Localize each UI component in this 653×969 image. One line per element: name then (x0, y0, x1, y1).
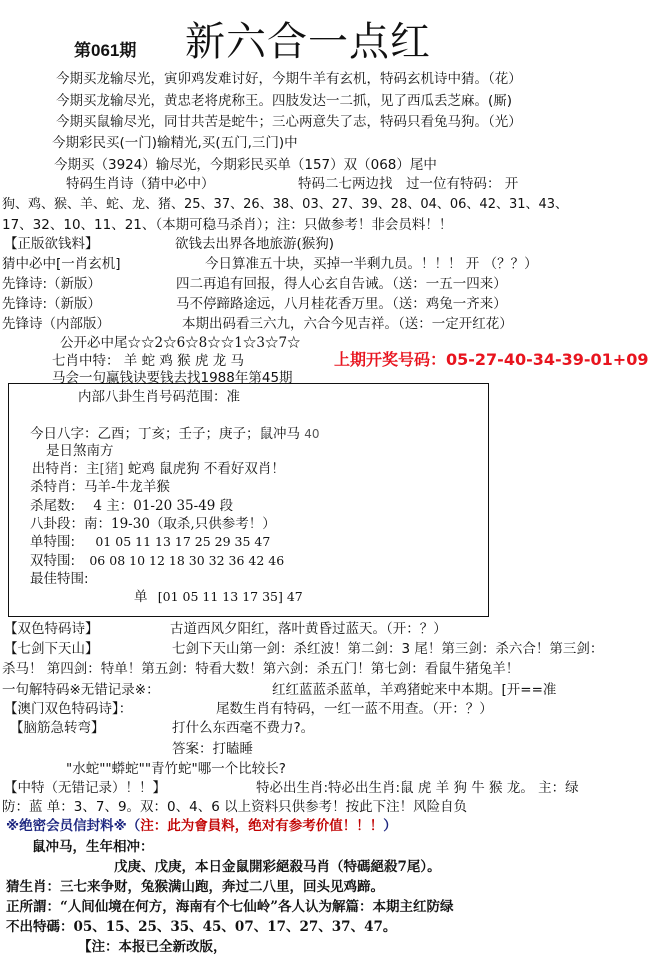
lower-label: 【双色特码诗】 (4, 620, 99, 638)
member-note: 注：此为會員料，绝对有参考价值！！！ (140, 818, 383, 834)
bazi-line: 今日八字：乙酉；丁亥；壬子；庚子；鼠冲马 40 (30, 425, 320, 443)
lower-text: 答案：打瞌睡 (172, 740, 253, 758)
lower-text: 防：蓝 单：3、7、9。双：0、4、6 以上资料只供参考！按此下注！风险自负 (2, 798, 467, 816)
lower-text: 古道西风夕阳红，落叶黄昏过蓝天。（开：？） (170, 620, 447, 638)
sha-te-line: 杀特肖：马羊-牛龙羊猴 (30, 478, 170, 496)
lower-text: 红红蓝蓝杀蓝单，羊鸡猪蛇来中本期。[开==准 (272, 681, 556, 699)
lower-label: 一句解特码※无错记录※： (2, 681, 160, 699)
bagua-line: 八卦段：南：19-30（取杀,只供参考！） (30, 515, 276, 533)
special-right: 特码二七两边找 过一位有特码： 开 (298, 175, 518, 193)
chu-te-main: [猪] (100, 461, 124, 477)
shuang-value: 06 08 10 12 18 30 32 36 42 46 (89, 553, 284, 568)
lower-label: 【中特（无错记录）！！】 (4, 779, 166, 797)
member-close: ） (383, 818, 397, 834)
section-label: 猜中必中[一肖玄机] (2, 255, 121, 273)
sha-wei-value: 4 主：01-20 35-49 段 (93, 498, 233, 514)
rat-horse: 鼠冲马，生年相冲： (32, 838, 154, 856)
bazi-text: 今日八字：乙酉；丁亥；壬子；庚子；鼠冲马 (30, 426, 300, 442)
bagua-label: 八卦段：南： (30, 516, 111, 532)
chu-te-rest: 蛇鸡 鼠虎狗 不看好双肖！ (124, 461, 285, 477)
poem-line: 今期买鼠输尽光，同甘共苦是蛇牛；三心两意失了志，特码只看兔马狗。（光） (56, 113, 522, 131)
dan-line: 单特围: 01 05 11 13 17 25 29 35 47 (30, 533, 270, 551)
section-text: 马不停蹄路途远，八月桂花香万里。（送：鸡兔一齐来） (176, 295, 507, 313)
member-title-line: ※绝密会员信封料※（注：此为會員料，绝对有参考价值！！！） (6, 817, 397, 835)
bagua-heading: 内部八卦生肖号码范围：准 (78, 388, 240, 406)
best-line: 单 [01 05 11 13 17 35] 47 (134, 588, 303, 606)
seven-zodiac: 七肖中特： 羊 蛇 鸡 猴 虎 龙 马 (52, 352, 244, 370)
section-label: 先锋诗（内部版） (2, 315, 110, 333)
special-numbers-2: 17、32、10、11、21、（本期可稳马杀肖）；注：只做参考！非会员料！！ (2, 216, 452, 234)
bagua-value: 19-30（取杀,只供参考！） (111, 516, 276, 532)
saying: 正所謂：“人间仙境在何方，海南有个七仙岭”各人认为解篇：本期主红防绿 (6, 898, 454, 916)
dan-value: 01 05 11 13 17 25 29 35 47 (95, 534, 270, 549)
section-label: 先锋诗:（新版） (2, 275, 101, 293)
lower-label: 【七剑下天山】 (4, 640, 99, 658)
member-title: ※绝密会员信封料※（ (6, 818, 140, 834)
bazi-number: 40 (304, 427, 319, 441)
section-label: 先锋诗:（新版） (2, 295, 101, 313)
geng-line: 戊庚、戊庚，本日金鼠開彩絕殺马肖（特碼絕殺7尾）。 (114, 858, 441, 876)
section-text: 本期出码看三六九，六合今见吉祥。（送：一定开红花） (182, 315, 513, 333)
best-prefix: 单 (134, 589, 148, 605)
best-value: [01 05 11 13 17 35] 47 (158, 589, 303, 604)
lower-text: 杀马！ 第四剑：特单！第五剑：特看大数！第六剑：杀五门！第七剑：看鼠牛猪兔羊！ (2, 660, 519, 678)
issue-number: 第061期 (74, 36, 136, 61)
chu-te-label: 出特肖：主 (32, 461, 100, 477)
lower-text: "水蛇""蟒蛇""青竹蛇"哪一个比较长? (66, 760, 286, 778)
section-label: 【正版欲钱料】 (4, 235, 99, 253)
tail-stars: 公开必中尾☆☆2☆6☆8☆☆1☆3☆7☆ (60, 334, 301, 352)
poem-line: 今期买（3924）输尽光，今期彩民买单（157）双（068）尾中 (54, 156, 437, 174)
lower-text: 打什么东西毫不费力?。 (172, 719, 314, 737)
special-numbers-1: 狗、鸡、猴、羊、蛇、龙、猪、25、37、26、38、03、27、39、28、04… (2, 196, 568, 214)
last-draw-result: 上期开奖号码：05-27-40-34-39-01+09 (334, 351, 648, 369)
not-out: 不出特碼：05、15、25、35、45、07、17、27、37、47。 (6, 918, 396, 936)
best-label: 最佳特围: (30, 570, 89, 588)
dan-label: 单特围: (30, 534, 75, 550)
lower-text: 尾数生肖有特码，一红一蓝不用查。（开：？） (216, 700, 493, 718)
shuang-label: 双特围: (30, 553, 75, 569)
sha-wei-line: 杀尾数: 4 主：01-20 35-49 段 (30, 497, 233, 515)
section-text: 今日算准五十块，买掉一半剩九员。！！！ 开 （？？） (205, 255, 538, 273)
lower-label: 【脑筋急转弯】 (10, 719, 105, 737)
poem-line: 今期买龙输尽光，寅卯鸡发难讨好，今期牛羊有玄机，特码玄机诗中猜。（花） (56, 70, 522, 88)
lower-text: 特必出生肖:特必出生肖:鼠 虎 羊 狗 牛 猴 龙。 主：绿 (256, 779, 579, 797)
guess-zodiac: 猜生肖：三七来争财，兔猴满山跑，奔过二八里，回头见鸡蹄。 (6, 878, 384, 896)
chu-te-line: 出特肖：主[猪] 蛇鸡 鼠虎狗 不看好双肖！ (32, 460, 285, 478)
sha-direction: 是日煞南方 (46, 442, 114, 460)
lower-text: 七剑下天山第一剑：杀红波！第二剑：3 尾！第三剑：杀六合！第三剑： (172, 640, 603, 658)
sha-wei-label: 杀尾数: (30, 498, 75, 514)
section-text: 四二再追有回报，得人心玄自告诫。（送：一五一四来） (176, 275, 507, 293)
lower-label: 【澳门双色特码诗】： (4, 700, 132, 718)
footer-note: 【注：本报已全新改版， (78, 938, 227, 956)
section-text: 欲钱去出界各地旅游(猴狗) (175, 235, 334, 253)
special-left: 特码生肖诗（猜中必中） (66, 175, 215, 193)
page-title: 新六合一点红 (185, 18, 431, 66)
shuang-line: 双特围: 06 08 10 12 18 30 32 36 42 46 (30, 552, 284, 570)
poem-line: 今期买龙输尽光，黄忠老将虎称王。四肢发达一二抓，见了西瓜丢芝麻。(厮) (56, 92, 512, 110)
poem-line: 今期彩民买(一门)输精光,买(五门,三门)中 (52, 134, 298, 152)
